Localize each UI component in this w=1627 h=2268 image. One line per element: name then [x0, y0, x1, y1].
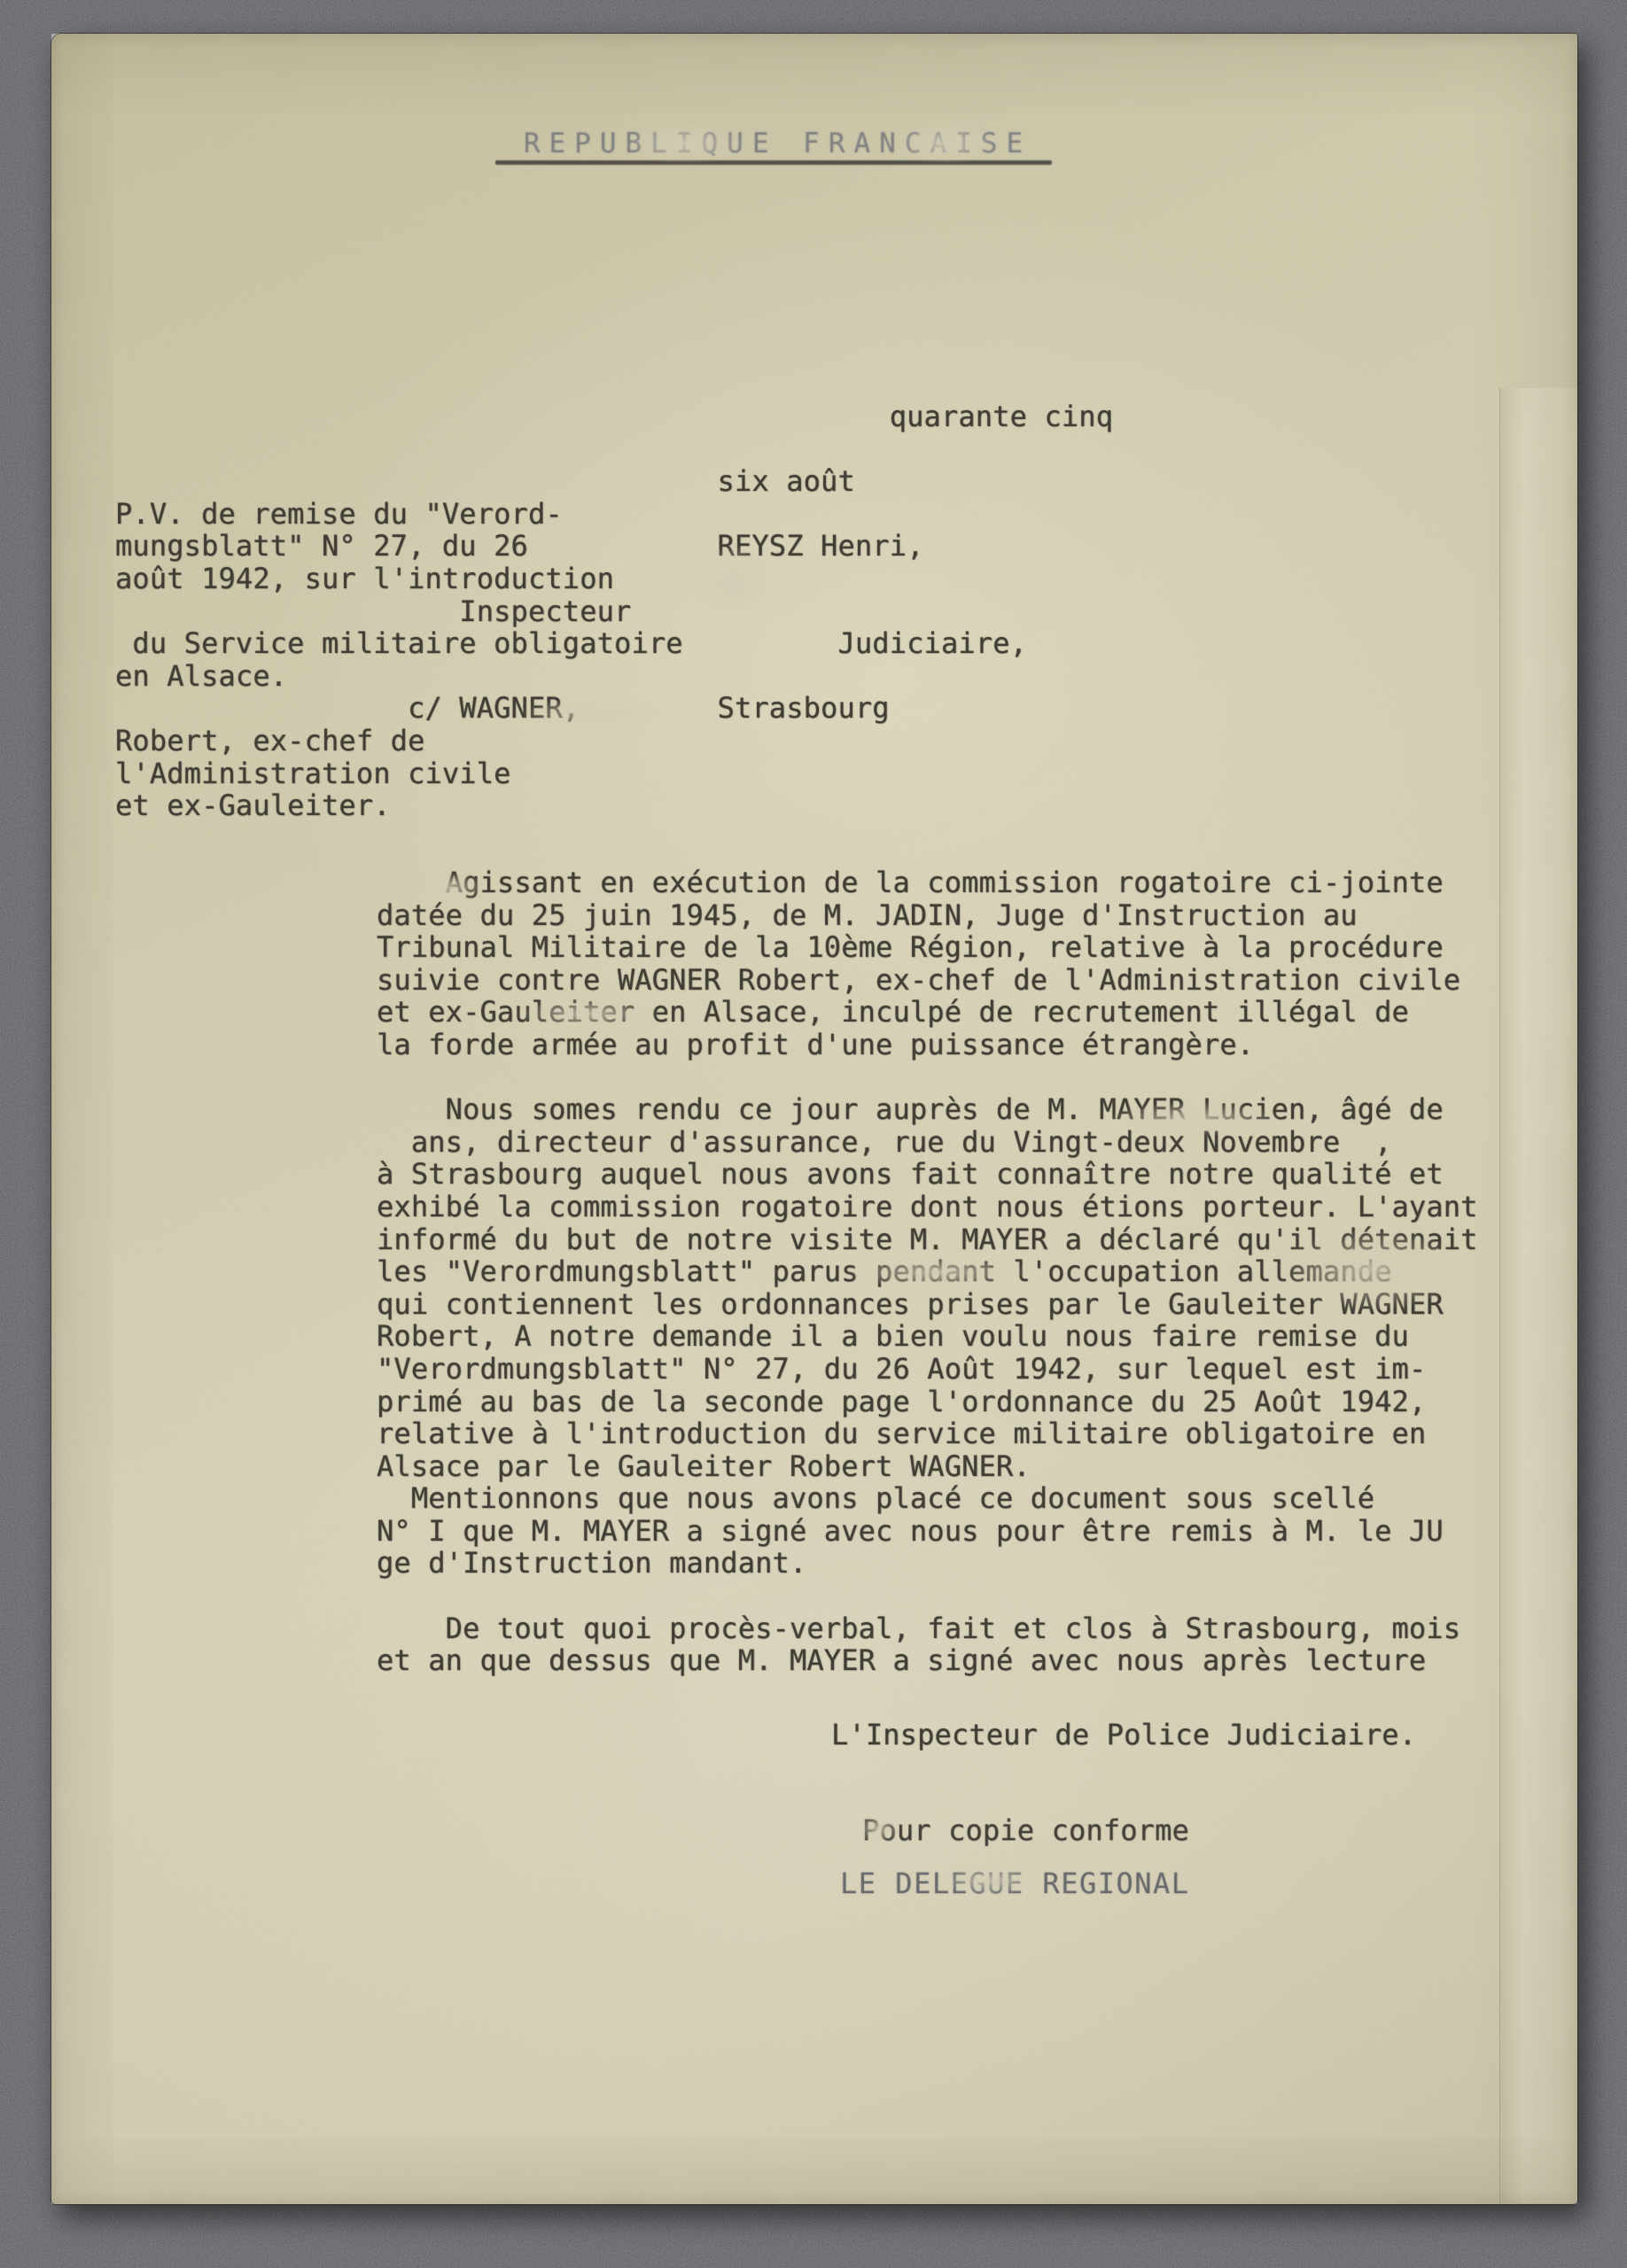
page-title: REPUBLIQUE FRANCAISE [492, 128, 1063, 160]
proces-verbal-body-text: Agissant en exécution de la commission r… [377, 866, 1478, 1677]
inspector-signature-line: L'Inspecteur de Police Judiciaire. [831, 1719, 1416, 1751]
regional-delegate-title: LE DELEGUE REGIONAL [840, 1868, 1190, 1900]
title-underline [495, 160, 1052, 165]
certified-copy-note: Pour copie conforme [862, 1814, 1189, 1847]
scanned-archive-photo: { "colors": { "scan_mat": "#26262a", "pa… [0, 0, 1627, 2268]
underlying-page-edge [1499, 388, 1577, 2203]
case-reference-and-recipient-block: quarante cinq six août P.V. de remise du… [115, 400, 1113, 822]
document-page: REPUBLIQUE FRANCAISE quarante cinq six a… [51, 34, 1577, 2204]
